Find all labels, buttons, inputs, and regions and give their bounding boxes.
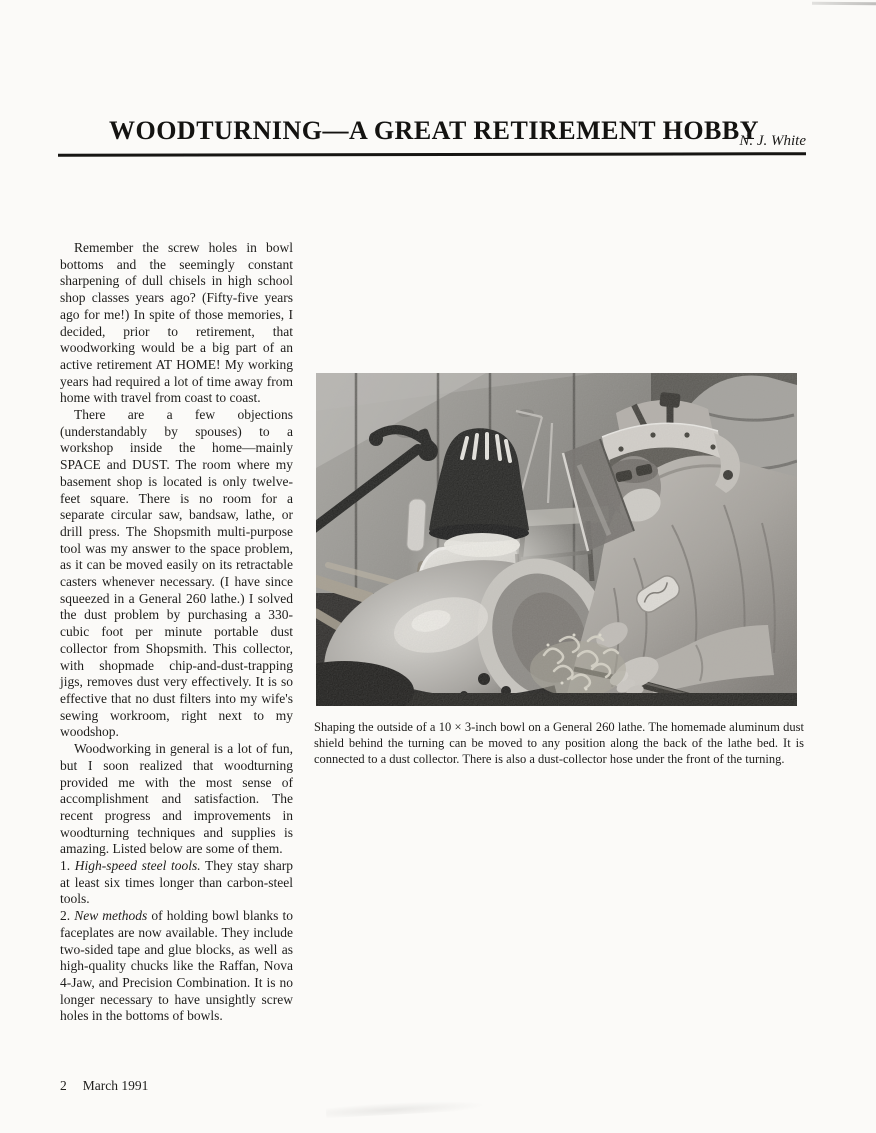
film-grain-overlay bbox=[316, 373, 797, 706]
paragraph: Remember the screw holes in bowl bottoms… bbox=[60, 240, 293, 407]
list-number: 2. bbox=[60, 908, 70, 923]
byline: N. J. White bbox=[60, 133, 806, 150]
paragraph: Woodworking in general is a lot of fun, … bbox=[60, 741, 293, 858]
photo-caption: Shaping the outside of a 10 × 3-inch bow… bbox=[314, 720, 804, 767]
list-item: 2. New methods of holding bowl blanks to… bbox=[60, 908, 293, 1025]
list-number: 1. bbox=[60, 858, 70, 873]
page-footer: 2March 1991 bbox=[60, 1078, 148, 1094]
page-number: 2 bbox=[60, 1078, 67, 1093]
list-text: of holding bowl blanks to faceplates are… bbox=[60, 908, 293, 1023]
list-lead: New methods bbox=[70, 908, 147, 923]
scan-artifact-top bbox=[812, 2, 876, 5]
header-rule bbox=[58, 152, 806, 157]
lathe-workshop-photo-art bbox=[316, 373, 797, 706]
scan-artifact-bottom bbox=[326, 1098, 486, 1118]
magazine-page: WOODTURNING—A GREAT RETIREMENT HOBBY N. … bbox=[0, 0, 876, 1133]
paragraph: There are a few objections (understandab… bbox=[60, 407, 293, 741]
list-lead: High-speed steel tools. bbox=[70, 858, 201, 873]
issue-date: March 1991 bbox=[83, 1078, 149, 1093]
list-item: 1. High-speed steel tools. They stay sha… bbox=[60, 858, 293, 908]
article-body-column: Remember the screw holes in bowl bottoms… bbox=[60, 240, 293, 1025]
lathe-workshop-photo bbox=[316, 373, 797, 706]
